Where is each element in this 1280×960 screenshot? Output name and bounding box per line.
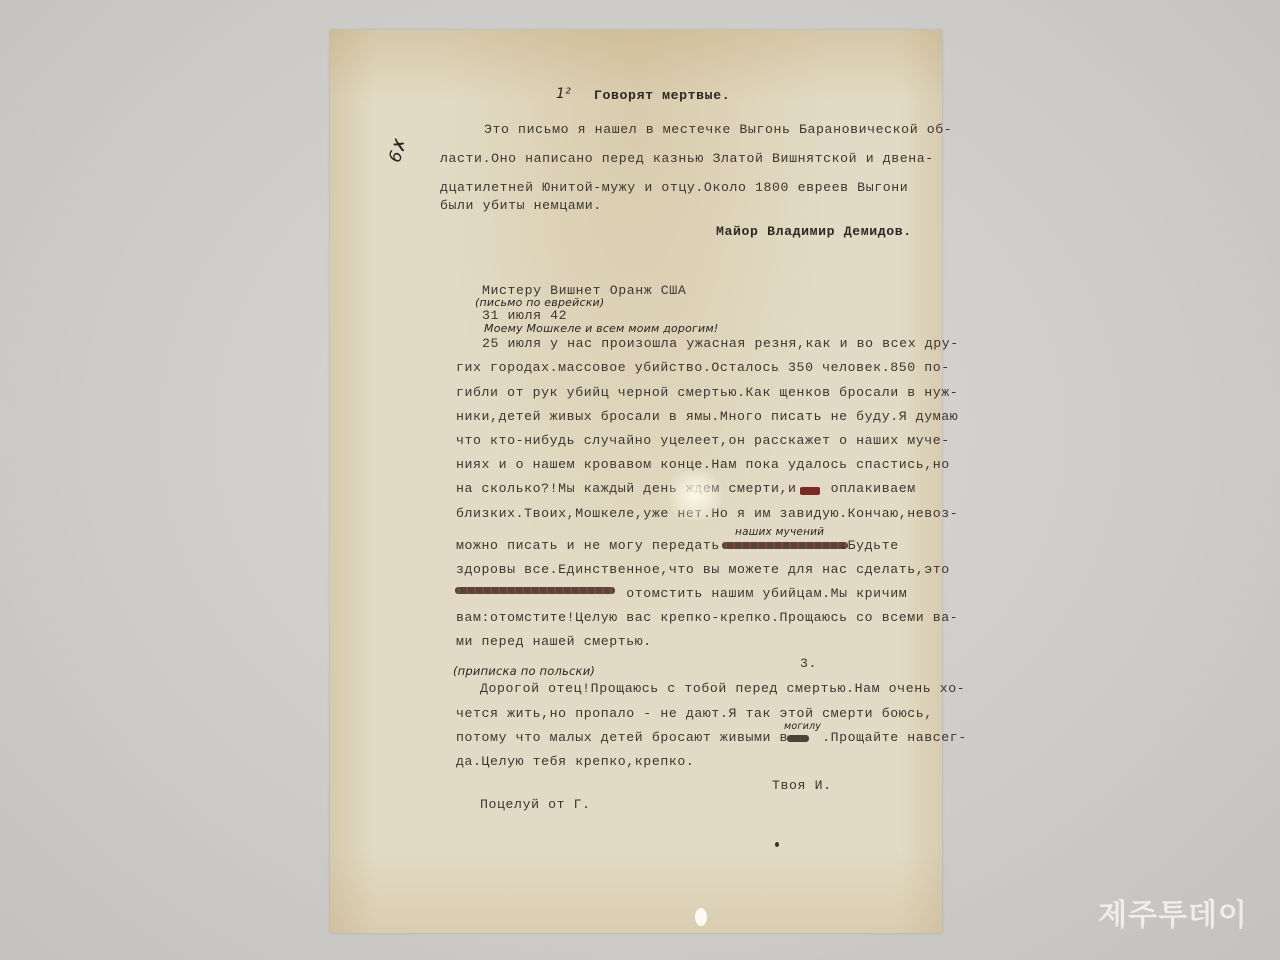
strikethrough xyxy=(787,735,809,742)
light-glare xyxy=(695,908,707,926)
letter-line: ники,детей живых бросали в ямы.Много пис… xyxy=(456,409,958,424)
page-number: 3. xyxy=(800,656,817,671)
postscript-line: чется жить,но пропало - не дают.Я так эт… xyxy=(456,706,933,721)
letter-line: ми перед нашей смертью. xyxy=(456,634,652,649)
page-mark: 1² xyxy=(556,86,571,102)
letter-line: ниях и о нашем кровавом конце.Нам пока у… xyxy=(456,457,950,472)
intro-line: Это письмо я нашел в местечке Выгонь Бар… xyxy=(484,122,952,137)
strikethrough xyxy=(722,542,848,549)
letter-date: 31 июля 42 xyxy=(482,308,567,323)
strikethrough xyxy=(455,587,615,594)
letter-line: вам:отомстите!Целую вас крепко-крепко.Пр… xyxy=(456,610,958,625)
correction-above: наших мучений xyxy=(735,526,824,538)
author-signature: Майор Владимир Демидов. xyxy=(716,224,912,239)
letter-line: что кто-нибудь случайно уцелеет,он расск… xyxy=(456,433,950,448)
intro-line: дцатилетней Юнитой-мужу и отцу.Около 180… xyxy=(440,180,908,195)
red-strikeout xyxy=(800,487,820,495)
signoff: Твоя И. xyxy=(772,778,832,793)
letter-line: здоровы все.Единственное,что вы можете д… xyxy=(456,562,950,577)
watermark: 제주투데이 xyxy=(1098,890,1248,934)
greeting-handwritten: Моему Мошкеле и всем моим дорогим! xyxy=(484,322,718,335)
postscript-line: да.Целую тебя крепко,крепко. xyxy=(456,754,694,769)
postscript-line: Дорогой отец!Прощаюсь с тобой перед смер… xyxy=(480,681,965,696)
document-title: Говорят мертвые. xyxy=(594,88,730,103)
intro-line: ласти.Оно написано перед казнью Златой В… xyxy=(440,151,934,166)
letter-line: на сколько?!Мы каждый день ждем смерти,и… xyxy=(456,481,916,496)
ink-speck xyxy=(775,842,779,847)
letter-line: гибли от рук убийц черной смертью.Как ще… xyxy=(456,385,958,400)
intro-line: были убиты немцами. xyxy=(440,198,602,213)
note-polish: (приписка по польски) xyxy=(453,664,595,678)
letter-line: 25 июля у нас произошла ужасная резня,ка… xyxy=(482,336,959,351)
kiss-line: Поцелуй от Г. xyxy=(480,797,591,812)
postscript-line: потому что малых детей бросают живыми в … xyxy=(456,730,967,745)
letter-line: близких.Твоих,Мошкеле,уже нет.Но я им за… xyxy=(456,506,958,521)
letter-line: гих городах.массовое убийство.Осталось 3… xyxy=(456,360,950,375)
